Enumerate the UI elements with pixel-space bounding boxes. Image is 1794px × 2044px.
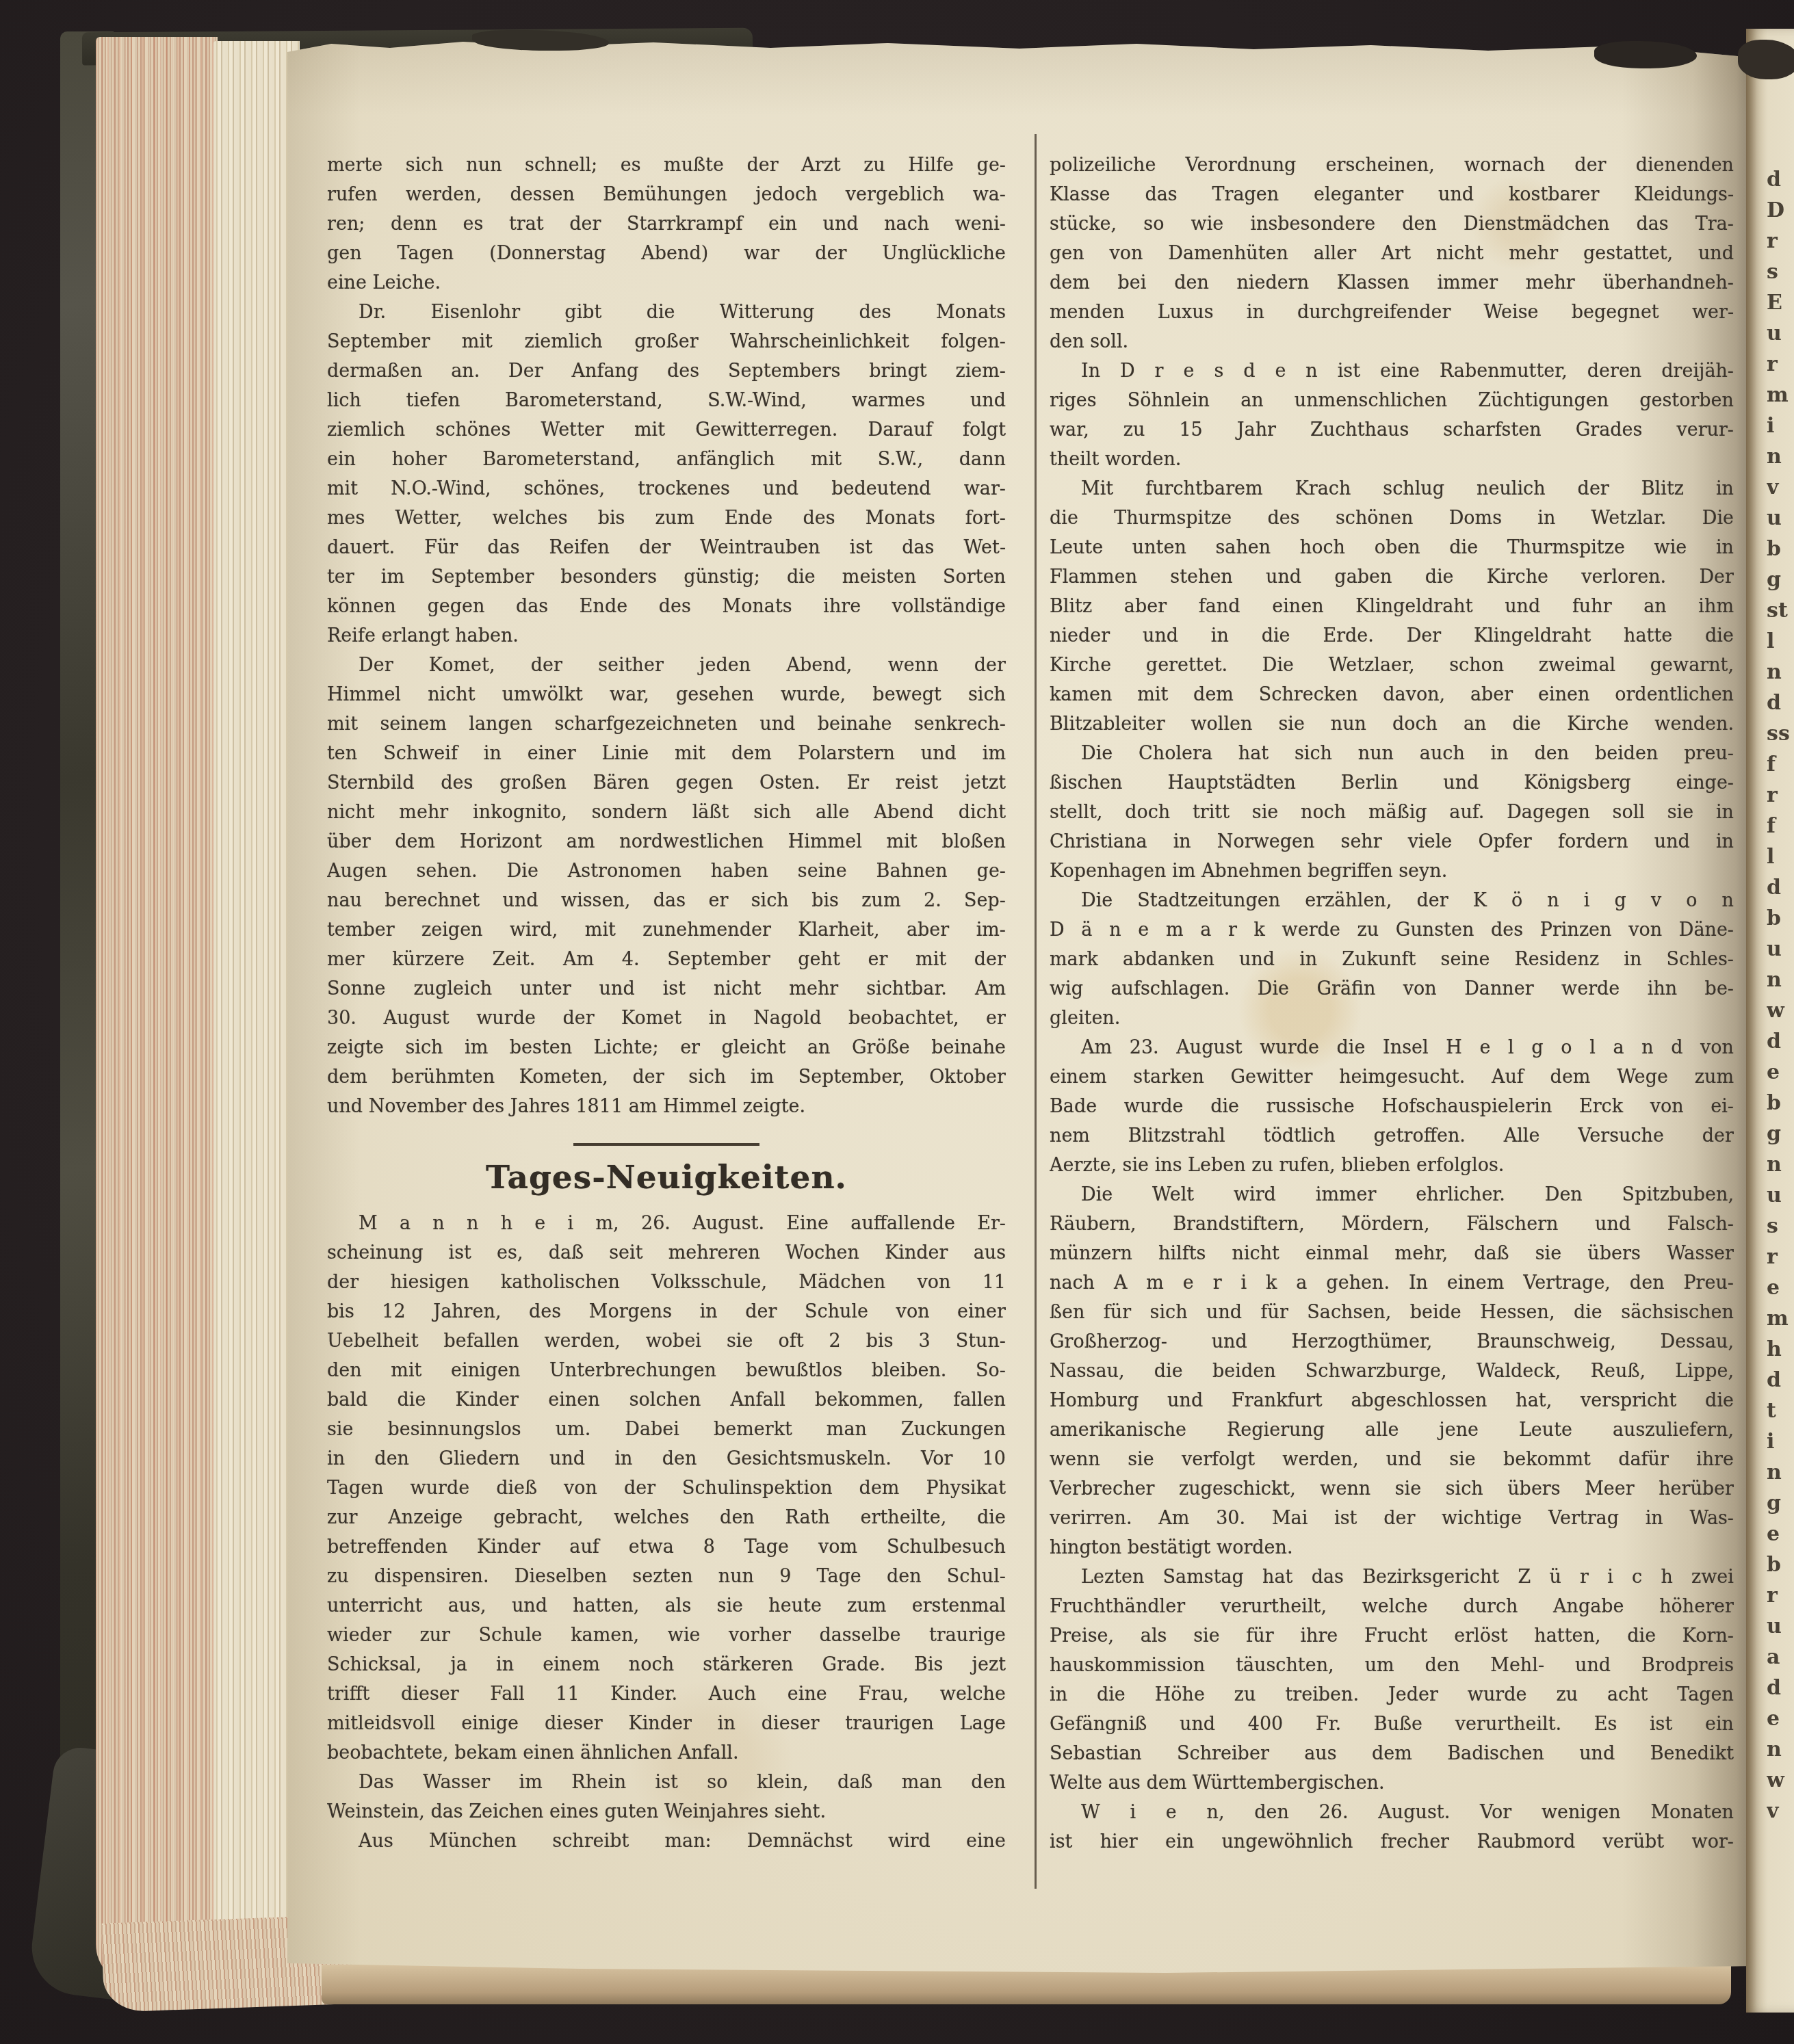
text-line: Blitz aber fand einen Klingeldraht und f…: [1050, 596, 1734, 625]
text-line: Sebastian Schreiber aus dem Badischen un…: [1050, 1743, 1734, 1772]
text-line: unterricht aus, und hatten, als sie heut…: [327, 1595, 1006, 1625]
letter-fragment: e: [1767, 1057, 1794, 1088]
letter-fragment: d: [1767, 1365, 1794, 1396]
text-line: trifft dieser Fall 11 Kinder. Auch eine …: [327, 1683, 1006, 1713]
text-line: M a n n h e i m, 26. August. Eine auffal…: [327, 1213, 1006, 1242]
text-line: lich tiefen Barometerstand, S.W.-Wind, w…: [327, 390, 1006, 419]
text-line: Dr. Eisenlohr gibt die Witterung des Mon…: [327, 302, 1006, 331]
text-line: Die Stadtzeitungen erzählen, der K ö n i…: [1050, 890, 1734, 919]
text-line: Reife erlangt haben.: [327, 625, 1006, 655]
text-line: September mit ziemlich großer Wahrschein…: [327, 331, 1006, 361]
text-line: und November des Jahres 1811 am Himmel z…: [327, 1096, 1006, 1125]
text-line: Christiana in Norwegen sehr viele Opfer …: [1050, 831, 1734, 861]
letter-fragment: e: [1767, 1272, 1794, 1303]
text-line: Kopenhagen im Abnehmen begriffen seyn.: [1050, 861, 1734, 890]
text-line: sie besinnungslos um. Dabei bemerkt man …: [327, 1419, 1006, 1448]
text-line: dem bei den niedern Klassen immer mehr ü…: [1050, 272, 1734, 302]
text-line: dermaßen an. Der Anfang des Septembers b…: [327, 361, 1006, 390]
text-line: Tagen wurde dieß von der Schulinspektion…: [327, 1478, 1006, 1507]
letter-fragment: n: [1767, 1149, 1794, 1180]
letter-fragment: w: [1767, 995, 1794, 1026]
letter-fragment: r: [1767, 1580, 1794, 1611]
text-line: Mit furchtbarem Krach schlug neulich der…: [1050, 478, 1734, 508]
left-column: merte sich nun schnell; es mußte der Arz…: [327, 155, 1006, 1860]
text-line: menden Luxus in durchgreifender Weise be…: [1050, 302, 1734, 331]
text-line: bald die Kinder einen solchen Anfall bek…: [327, 1389, 1006, 1419]
text-line: Die Welt wird immer ehrlicher. Den Spitz…: [1050, 1184, 1734, 1214]
letter-fragment: g: [1767, 564, 1794, 595]
text-line: gen von Damenhüten aller Art nicht mehr …: [1050, 243, 1734, 272]
text-line: riges Söhnlein an unmenschlichen Züchtig…: [1050, 390, 1734, 419]
section-divider-rule: [573, 1143, 759, 1146]
page-edges: [213, 41, 300, 1977]
text-line: ßischen Hauptstädten Berlin und Königsbe…: [1050, 772, 1734, 802]
letter-fragment: m: [1767, 1303, 1794, 1334]
text-line: theilt worden.: [1050, 449, 1734, 478]
text-line: ein hoher Barometerstand, anfänglich mit…: [327, 449, 1006, 478]
text-line: hauskommission täuschten, um den Mehl- u…: [1050, 1655, 1734, 1684]
letter-fragment: st: [1767, 595, 1794, 626]
text-line: W i e n, den 26. August. Vor wenigen Mon…: [1050, 1802, 1734, 1831]
text-line: Augen sehen. Die Astronomen haben seine …: [327, 861, 1006, 890]
letter-fragment: d: [1767, 1673, 1794, 1703]
letter-fragment: i: [1767, 1426, 1794, 1457]
letter-fragment: u: [1767, 934, 1794, 965]
text-line: Sternbild des großen Bären gegen Osten. …: [327, 772, 1006, 802]
letter-fragment: b: [1767, 1088, 1794, 1118]
letter-fragment: b: [1767, 903, 1794, 934]
text-line: münzern hilfts nicht einmal mehr, daß si…: [1050, 1243, 1734, 1272]
letter-fragment: v: [1767, 1796, 1794, 1826]
text-line: Blitzableiter wollen sie nun doch an die…: [1050, 713, 1734, 743]
text-line: amerikanische Regierung alle jene Leute …: [1050, 1419, 1734, 1449]
stained-page-edges: [96, 37, 218, 1985]
book-photo-scene: merte sich nun schnell; es mußte der Arz…: [0, 0, 1794, 2044]
text-line: hington bestätigt worden.: [1050, 1537, 1734, 1567]
text-line: den mit einigen Unterbrechungen bewußtlo…: [327, 1360, 1006, 1389]
text-line: nach A m e r i k a gehen. In einem Vertr…: [1050, 1272, 1734, 1302]
text-line: ist hier ein ungewöhnlich frecher Raubmo…: [1050, 1831, 1734, 1861]
text-line: Aerzte, sie ins Leben zu rufen, blieben …: [1050, 1155, 1734, 1184]
letter-fragment: n: [1767, 1457, 1794, 1488]
text-line: Fruchthändler verurtheilt, welche durch …: [1050, 1596, 1734, 1625]
letter-fragment: ss: [1767, 718, 1794, 749]
text-line: ßen für sich und für Sachsen, beide Hess…: [1050, 1302, 1734, 1331]
text-line: mes Wetter, welches bis zum Ende des Mon…: [327, 508, 1006, 537]
text-line: beobachtete, bekam einen ähnlichen Anfal…: [327, 1742, 1006, 1772]
text-line: Kirche gerettet. Die Wetzlaer, schon zwe…: [1050, 655, 1734, 684]
text-line: mer kürzere Zeit. Am 4. September geht e…: [327, 949, 1006, 978]
letter-fragment: s: [1767, 257, 1794, 287]
text-line: merte sich nun schnell; es mußte der Arz…: [327, 155, 1006, 184]
text-line: wig aufschlagen. Die Gräfin von Danner w…: [1050, 978, 1734, 1008]
text-line: dauert. Für das Reifen der Weintrauben i…: [327, 537, 1006, 566]
letter-fragment: n: [1767, 657, 1794, 687]
column-divider-rule: [1035, 134, 1037, 1889]
text-line: Verbrecher zugeschickt, wenn sie sich üb…: [1050, 1478, 1734, 1508]
letter-fragment: n: [1767, 965, 1794, 995]
text-line: scheinung ist es, daß seit mehreren Woch…: [327, 1242, 1006, 1272]
text-line: ziemlich schönes Wetter mit Gewitterrege…: [327, 419, 1006, 449]
text-line: Lezten Samstag hat das Bezirksgericht Z …: [1050, 1567, 1734, 1596]
text-line: stellt, doch tritt sie noch mäßig auf. D…: [1050, 802, 1734, 831]
text-line: Großherzog- und Herzogthümer, Braunschwe…: [1050, 1331, 1734, 1361]
letter-fragment: b: [1767, 1549, 1794, 1580]
letter-fragment: r: [1767, 226, 1794, 257]
text-line: Räubern, Brandstiftern, Mördern, Fälsche…: [1050, 1214, 1734, 1243]
letter-fragment: f: [1767, 749, 1794, 780]
text-line: einem starken Gewitter heimgesucht. Auf …: [1050, 1066, 1734, 1096]
text-line: Nassau, die beiden Schwarzburge, Waldeck…: [1050, 1361, 1734, 1390]
text-line: mitleidsvoll einige dieser Kinder in die…: [327, 1713, 1006, 1742]
letter-fragment: v: [1767, 472, 1794, 503]
letter-fragment: n: [1767, 1734, 1794, 1765]
letter-fragment: r: [1767, 1242, 1794, 1272]
text-line: Bade wurde die russische Hofschauspieler…: [1050, 1096, 1734, 1125]
letter-fragment: l: [1767, 626, 1794, 657]
right-column: polizeiliche Verordnung erscheinen, worn…: [1050, 155, 1734, 1861]
letter-fragment: u: [1767, 318, 1794, 349]
letter-fragment: i: [1767, 410, 1794, 441]
letter-fragment: b: [1767, 534, 1794, 564]
text-line: 30. August wurde der Komet in Nagold beo…: [327, 1008, 1006, 1037]
letter-fragment: r: [1767, 349, 1794, 380]
letter-fragment: D: [1767, 195, 1794, 226]
letter-fragment: f: [1767, 811, 1794, 841]
text-line: zu dispensiren. Dieselben sezten nun 9 T…: [327, 1566, 1006, 1595]
text-line: Welte aus dem Württembergischen.: [1050, 1772, 1734, 1802]
text-line: polizeiliche Verordnung erscheinen, worn…: [1050, 155, 1734, 184]
letter-fragment: E: [1767, 287, 1794, 318]
text-line: ren; denn es trat der Starrkrampf ein un…: [327, 213, 1006, 243]
text-line: Sonne zugleich unter und ist nicht mehr …: [327, 978, 1006, 1008]
text-line: dem berühmten Kometen, der sich im Septe…: [327, 1066, 1006, 1096]
text-line: ten Schweif in einer Linie mit dem Polar…: [327, 743, 1006, 772]
letter-fragment: s: [1767, 1211, 1794, 1242]
text-line: zur Anzeige gebracht, welches den Rath e…: [327, 1507, 1006, 1536]
text-line: In D r e s d e n ist eine Rabenmutter, d…: [1050, 361, 1734, 390]
letter-fragment: d: [1767, 872, 1794, 903]
letter-fragment: n: [1767, 441, 1794, 472]
letter-fragment: e: [1767, 1703, 1794, 1734]
text-line: Das Wasser im Rhein ist so klein, daß ma…: [327, 1772, 1006, 1801]
text-line: D ä n e m a r k werde zu Gunsten des Pri…: [1050, 919, 1734, 949]
text-line: Klasse das Tragen eleganter und kostbare…: [1050, 184, 1734, 213]
letter-fragment: h: [1767, 1334, 1794, 1365]
letter-fragment: u: [1767, 503, 1794, 534]
text-line: eine Leiche.: [327, 272, 1006, 302]
text-line: gen Tagen (Donnerstag Abend) war der Ung…: [327, 243, 1006, 272]
text-line: nau berechnet und wissen, das er sich bi…: [327, 890, 1006, 919]
text-line: nieder und in die Erde. Der Klingeldraht…: [1050, 625, 1734, 655]
letter-fragment: a: [1767, 1642, 1794, 1673]
text-line: Preise, als sie für ihre Frucht erlöst h…: [1050, 1625, 1734, 1655]
section-heading: Tages-Neuigkeiten.: [327, 1159, 1006, 1196]
text-line: Schicksal, ja in einem noch stärkeren Gr…: [327, 1654, 1006, 1683]
text-line: Aus München schreibt man: Demnächst wird…: [327, 1831, 1006, 1860]
text-line: Himmel nicht umwölkt war, gesehen wurde,…: [327, 684, 1006, 713]
text-line: Gefängniß und 400 Fr. Buße verurtheilt. …: [1050, 1714, 1734, 1743]
text-line: war, zu 15 Jahr Zuchthaus scharfsten Gra…: [1050, 419, 1734, 449]
text-line: über dem Horizont am nordwestlichen Himm…: [327, 831, 1006, 861]
text-line: wieder zur Schule kamen, wie vorher dass…: [327, 1625, 1006, 1654]
text-line: gleiten.: [1050, 1008, 1734, 1037]
text-line: Der Komet, der seither jeden Abend, wenn…: [327, 655, 1006, 684]
text-line: mark abdanken und in Zukunft seine Resid…: [1050, 949, 1734, 978]
text-line: betreffenden Kinder auf etwa 8 Tage vom …: [327, 1536, 1006, 1566]
text-line: Leute unten sahen hoch oben die Thurmspi…: [1050, 537, 1734, 566]
text-line: tember zeigen wird, mit zunehmender Klar…: [327, 919, 1006, 949]
text-line: wenn sie verfolgt werden, und sie bekomm…: [1050, 1449, 1734, 1478]
text-line: Die Cholera hat sich nun auch in den bei…: [1050, 743, 1734, 772]
text-line: zeigte sich im besten Lichte; er gleicht…: [327, 1037, 1006, 1066]
letter-fragment: g: [1767, 1488, 1794, 1519]
text-line: verirren. Am 30. Mai ist der wichtige Ve…: [1050, 1508, 1734, 1537]
newspaper-page: merte sich nun schnell; es mußte der Arz…: [287, 38, 1752, 1973]
text-line: mit seinem langen scharfgezeichneten und…: [327, 713, 1006, 743]
text-line: den soll.: [1050, 331, 1734, 361]
next-page-edge: dDrsEurminvubgstlndssfrfldbunwdebgnusrem…: [1746, 29, 1794, 2013]
letter-fragment: d: [1767, 164, 1794, 195]
text-line: die Thurmspitze des schönen Doms in Wetz…: [1050, 508, 1734, 537]
letter-fragment: w: [1767, 1765, 1794, 1796]
text-line: nem Blitzstrahl tödtlich getroffen. Alle…: [1050, 1125, 1734, 1155]
letter-fragment: e: [1767, 1519, 1794, 1549]
torn-paper-bit: [1738, 40, 1794, 79]
letter-fragment: g: [1767, 1118, 1794, 1149]
text-line: bis 12 Jahren, des Morgens in der Schule…: [327, 1301, 1006, 1331]
text-line: kamen mit dem Schrecken davon, aber eine…: [1050, 684, 1734, 713]
torn-paper-bit: [1594, 41, 1697, 68]
next-page-text-fragments: dDrsEurminvubgstlndssfrfldbunwdebgnusrem…: [1767, 164, 1794, 1826]
letter-fragment: d: [1767, 687, 1794, 718]
text-line: Flammen stehen und gaben die Kirche verl…: [1050, 566, 1734, 596]
text-line: der hiesigen katholischen Volksschule, M…: [327, 1272, 1006, 1301]
letter-fragment: u: [1767, 1180, 1794, 1211]
text-line: in die Höhe zu treiben. Jeder wurde zu a…: [1050, 1684, 1734, 1714]
text-line: ter im September besonders günstig; die …: [327, 566, 1006, 596]
letter-fragment: l: [1767, 841, 1794, 872]
text-line: Uebelheit befallen werden, wobei sie oft…: [327, 1331, 1006, 1360]
letter-fragment: t: [1767, 1396, 1794, 1426]
letter-fragment: r: [1767, 780, 1794, 811]
text-line: in den Gliedern und in den Gesichtsmuske…: [327, 1448, 1006, 1478]
letter-fragment: m: [1767, 380, 1794, 410]
text-line: Homburg und Frankfurt abgeschlossen hat,…: [1050, 1390, 1734, 1419]
text-line: können gegen das Ende des Monats ihre vo…: [327, 596, 1006, 625]
letter-fragment: d: [1767, 1026, 1794, 1057]
text-line: mit N.O.-Wind, schönes, trockenes und be…: [327, 478, 1006, 508]
text-line: Weinstein, das Zeichen eines guten Weinj…: [327, 1801, 1006, 1831]
text-line: nicht mehr inkognito, sondern läßt sich …: [327, 802, 1006, 831]
letter-fragment: u: [1767, 1611, 1794, 1642]
text-line: Am 23. August wurde die Insel H e l g o …: [1050, 1037, 1734, 1066]
text-line: rufen werden, dessen Bemühungen jedoch v…: [327, 184, 1006, 213]
text-line: stücke, so wie insbesondere den Dienstmä…: [1050, 213, 1734, 243]
